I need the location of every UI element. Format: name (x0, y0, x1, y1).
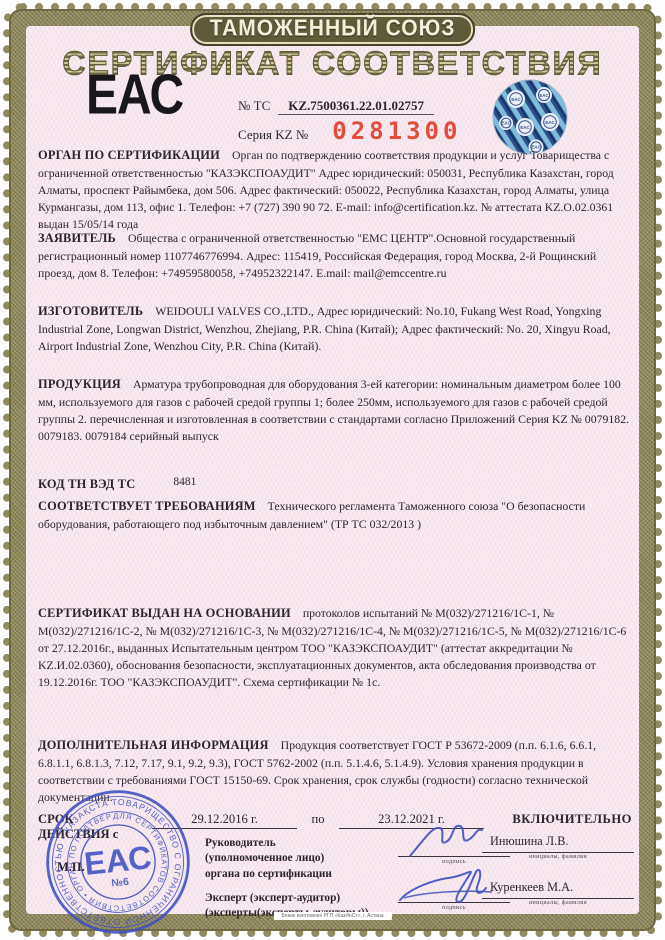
section-products: ПРОДУКЦИЯАрматура трубопроводная для обо… (38, 376, 630, 445)
signatory-name-expert: Куренкеев М.А. (482, 880, 634, 899)
svg-text:EAC: EAC (511, 97, 521, 102)
customs-union-banner-text: ТАМОЖЕННЫЙ СОЮЗ (210, 16, 456, 43)
certificate-number-label: № ТС (238, 98, 270, 113)
certificate-number-row: № ТСKZ.7500361.22.01.02757 (238, 98, 434, 114)
section-heading: ДОПОЛНИТЕЛЬНАЯ ИНФОРМАЦИЯ (38, 738, 269, 752)
series-row: Серия KZ № 0281300 (238, 119, 461, 143)
section-heading: ПРОДУКЦИЯ (38, 377, 121, 391)
tnved-code-value: 8481 (173, 476, 196, 488)
signatory-name-caption: инициалы, фамилия (482, 899, 634, 906)
section-tnved-code: КОД ТН ВЭД ТС8481 (38, 474, 630, 494)
section-heading: СООТВЕТСТВУЕТ ТРЕБОВАНИЯМ (38, 499, 256, 513)
signatory-name-caption: инициалы, фамилия (482, 853, 634, 860)
section-complies-with: СООТВЕТСТВУЕТ ТРЕБОВАНИЯМТехнического ре… (38, 498, 630, 533)
section-certification-body: ОРГАН ПО СЕРТИФИКАЦИИОрган по подтвержде… (38, 147, 630, 233)
section-manufacturer: ИЗГОТОВИТЕЛЬWEIDOULI VALVES CO.,LTD., Ад… (38, 303, 630, 355)
validity-inclusive-label: ВКЛЮЧИТЕЛЬНО (512, 812, 632, 827)
section-heading: ОРГАН ПО СЕРТИФИКАЦИИ (38, 148, 220, 162)
signatory-name-block-head: Инюшина Л.В. инициалы, фамилия (482, 834, 634, 860)
signature-squiggle-expert (394, 862, 504, 908)
svg-text:EAC: EAC (501, 121, 511, 126)
section-applicant: ЗАЯВИТЕЛЬОбщества с ограниченной ответст… (38, 230, 630, 282)
hologram-sticker-icon: EAC EAC EAC EAC EAC EAC (492, 79, 568, 155)
section-heading: КОД ТН ВЭД ТС (38, 477, 135, 491)
section-text: Общества с ограниченной ответственностью… (38, 231, 596, 280)
section-text: Арматура трубопроводная для оборудования… (38, 377, 629, 443)
customs-union-banner: ТАМОЖЕННЫЙ СОЮЗ (190, 13, 476, 46)
certificate-number-value: KZ.7500361.22.01.02757 (278, 98, 434, 115)
series-number-value: 0281300 (332, 119, 461, 143)
signature-squiggle-head (402, 820, 502, 860)
signatory-name-block-expert: Куренкеев М.А. инициалы, фамилия (482, 880, 634, 906)
section-heading: ЗАЯВИТЕЛЬ (38, 231, 116, 245)
section-issued-on-basis: СЕРТИФИКАТ ВЫДАН НА ОСНОВАНИИпротоколов … (38, 605, 630, 691)
validity-to-label: по (311, 812, 324, 827)
section-heading: ИЗГОТОВИТЕЛЬ (38, 304, 143, 318)
svg-text:EAC: EAC (545, 120, 555, 125)
series-label: Серия KZ № (238, 127, 308, 143)
section-heading: СЕРТИФИКАТ ВЫДАН НА ОСНОВАНИИ (38, 606, 291, 620)
svg-text:EAC: EAC (520, 125, 530, 130)
signatory-name-head: Инюшина Л.В. (482, 834, 634, 853)
stamp-eac-text: ЕАС (82, 839, 153, 882)
certificate-title: СЕРТИФИКАТ СООТВЕТСТВИЯ (0, 44, 665, 82)
certificate-page: ТАМОЖЕННЫЙ СОЮЗ СЕРТИФИКАТ СООТВЕТСТВИЯ … (0, 0, 665, 940)
stamp-place-label: М.П. (57, 860, 85, 875)
signatory-role-head: Руководитель (уполномоченное лицо) орган… (205, 836, 395, 882)
form-printer-note: Бланк изготовлен РГП «КазИнСт», г. Астан… (273, 912, 391, 920)
stamp-number: №6 (111, 877, 130, 890)
svg-text:EAC: EAC (539, 93, 549, 98)
